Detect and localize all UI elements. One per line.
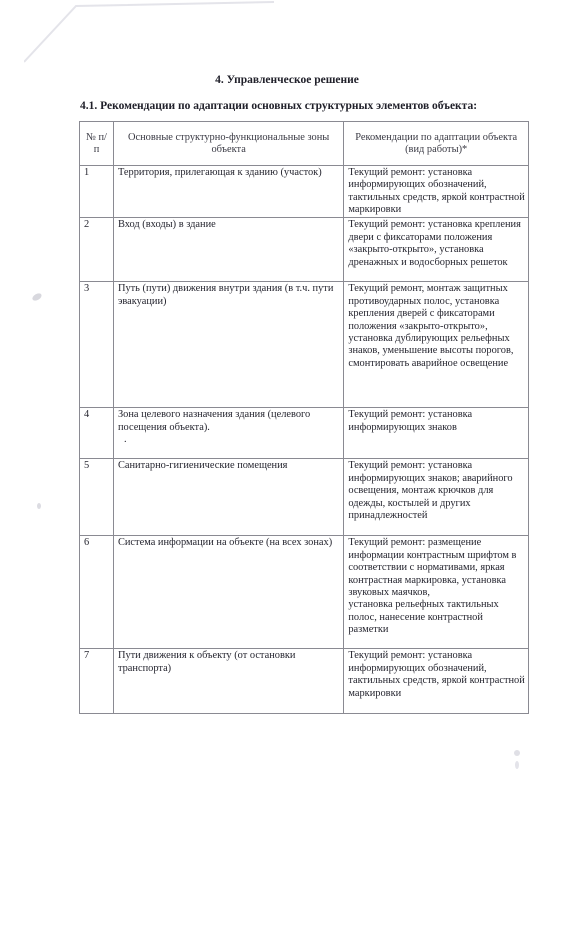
table-row: 5 Санитарно-гигиенические помещения Теку… <box>80 459 529 536</box>
row-number: 6 <box>80 536 114 649</box>
row-number: 7 <box>80 649 114 714</box>
row-zone-cell: Зона целевого назначения здания (целевог… <box>113 408 343 459</box>
row-zone-mark: . <box>118 434 340 446</box>
scan-smudge <box>34 500 44 512</box>
row-recommendation: Текущий ремонт: установка информирующих … <box>344 459 529 536</box>
table-row: 1 Территория, прилегающая к зданию (учас… <box>80 165 529 218</box>
row-zone: Санитарно-гигиенические помещения <box>113 459 343 536</box>
row-number: 1 <box>80 165 114 218</box>
row-recommendation: Текущий ремонт: размещение информации ко… <box>348 537 516 598</box>
row-recommendation: Текущий ремонт: установка информирующих … <box>344 165 529 218</box>
header-zone: Основные структурно-функциональные зоны … <box>113 122 343 166</box>
row-zone: Зона целевого назначения здания (целевог… <box>118 409 310 432</box>
row-zone: Вход (входы) в здание <box>113 218 343 282</box>
row-zone: Путь (пути) движения внутри здания (в т.… <box>113 282 343 408</box>
header-recommendation: Рекомендации по адаптации объекта (вид р… <box>344 122 529 166</box>
row-number: 2 <box>80 218 114 282</box>
table-row: 3 Путь (пути) движения внутри здания (в … <box>80 282 529 408</box>
subsection-title: 4.1. Рекомендации по адаптации основных … <box>80 100 477 112</box>
table-row: 2 Вход (входы) в здание Текущий ремонт: … <box>80 218 529 282</box>
row-number: 4 <box>80 408 114 459</box>
table-row: 6 Система информации на объекте (на всех… <box>80 536 529 649</box>
row-zone: Пути движения к объекту (от остановки тр… <box>113 649 343 714</box>
row-number: 3 <box>80 282 114 408</box>
row-number: 5 <box>80 459 114 536</box>
row-zone: Территория, прилегающая к зданию (участо… <box>113 165 343 218</box>
row-recommendation-cell: Текущий ремонт: размещение информации ко… <box>344 536 529 649</box>
table-header-row: № п/п Основные структурно-функциональные… <box>80 122 529 166</box>
section-title: 4. Управленческое решение <box>0 74 574 86</box>
row-recommendation: Текущий ремонт, монтаж защитных противоу… <box>344 282 529 408</box>
row-recommendation-extra: установка рельефных тактильных полос, на… <box>348 599 498 635</box>
table-row: 4 Зона целевого назначения здания (целев… <box>80 408 529 459</box>
row-recommendation: Текущий ремонт: установка информирующих … <box>344 408 529 459</box>
table-row: 7 Пути движения к объекту (от остановки … <box>80 649 529 714</box>
scan-smudge <box>28 290 44 304</box>
row-recommendation: Текущий ремонт: установка крепления двер… <box>344 218 529 282</box>
scan-smudge <box>510 748 524 772</box>
scan-page-edge <box>24 0 284 64</box>
row-recommendation: Текущий ремонт: установка информирующих … <box>344 649 529 714</box>
row-zone: Система информации на объекте (на всех з… <box>113 536 343 649</box>
header-number: № п/п <box>80 122 114 166</box>
recommendations-table: № п/п Основные структурно-функциональные… <box>79 121 529 714</box>
